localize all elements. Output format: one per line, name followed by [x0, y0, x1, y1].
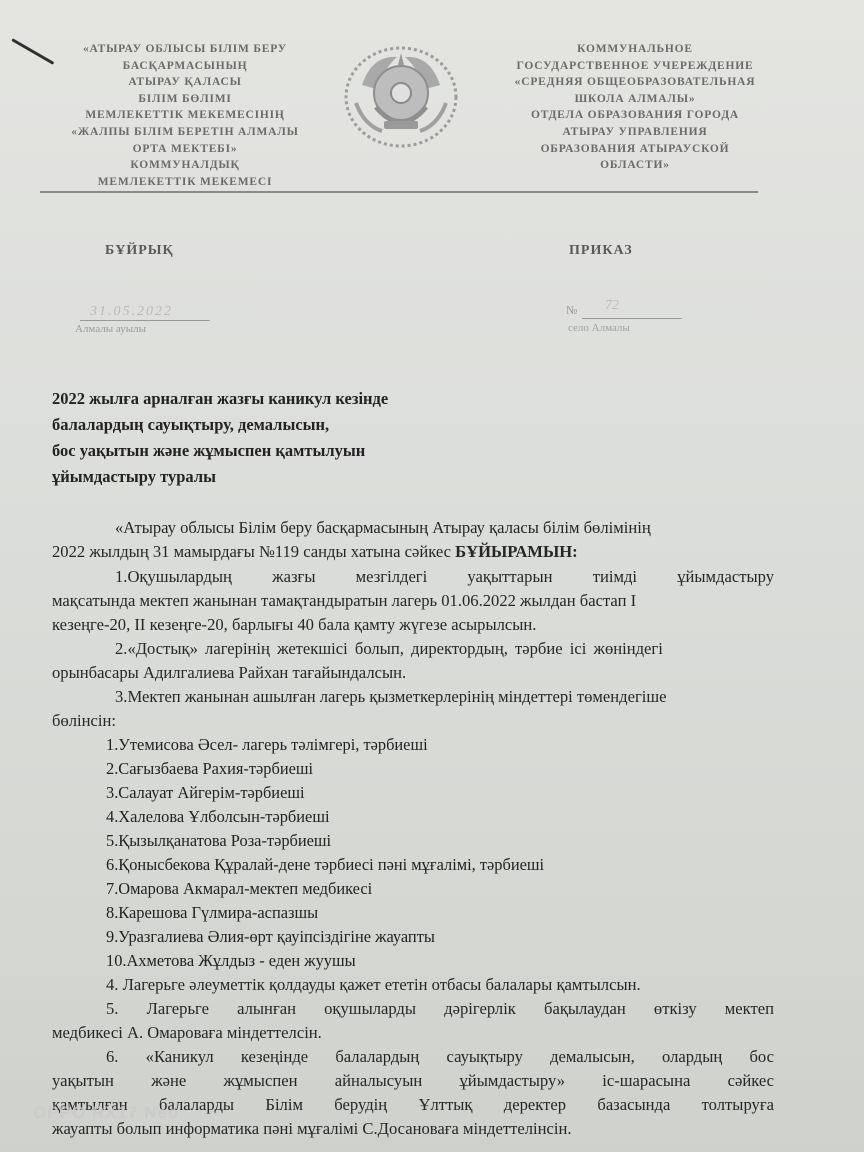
paragraph-4-line: 4. Лагерьге әлеуметтік қолдауды қажет ет… — [106, 975, 641, 995]
header-kazakh-institution: «АТЫРАУ ОБЛЫСЫ БІЛІМ БЕРУ БАСҚАРМАСЫНЫҢ … — [40, 41, 330, 190]
header-right-line: ОБРАЗОВАНИЯ АТЫРАУСКОЙ — [480, 141, 790, 158]
header-left-line: МЕМЛЕКЕТТІК МЕКЕМЕСІНІҢ — [40, 107, 330, 124]
order-date-handwritten: 31.05.2022 — [90, 304, 173, 320]
order-number-label: № — [566, 303, 577, 318]
header-left-line: «АТЫРАУ ОБЛЫСЫ БІЛІМ БЕРУ — [40, 41, 330, 58]
paragraph-2-line: 2.«Достық» лагерінің жетекшісі болып, ди… — [115, 639, 663, 659]
paragraph-2-line: орынбасары Адилгалиева Райхан тағайындал… — [52, 663, 406, 683]
paragraph-6-line: 6. «Каникул кезеңінде балалардың сауықты… — [106, 1047, 774, 1067]
paragraph-6-line: уақытын және жұмыспен айналысуын ұйымдас… — [52, 1071, 774, 1091]
staff-list-item: 8.Карешова Гүлмира-аспазшы — [106, 903, 318, 923]
paragraph-3-line: 3.Мектеп жанынан ашылған лагерь қызметке… — [115, 687, 667, 707]
paragraph-1-line: 1.Оқушылардың жазғы мезгілдегі уақыттары… — [115, 567, 774, 587]
state-emblem-icon — [342, 45, 460, 149]
staff-list-item: 5.Қызылқанатова Роза-тәрбиеші — [106, 831, 331, 851]
number-underline — [582, 318, 682, 319]
intro-line: «Атырау облысы Білім беру басқармасының … — [115, 518, 651, 538]
staff-list-item: 3.Салауат Айгерім-тәрбиеші — [106, 783, 305, 803]
order-directive: БҰЙЫРАМЫН: — [455, 542, 578, 561]
header-left-line: БАСҚАРМАСЫНЫҢ — [40, 58, 330, 75]
paragraph-5-line: 5. Лагерьге алынған оқушыларды дәрігерлі… — [106, 999, 774, 1019]
header-left-line: КОММУНАЛДЫҚ — [40, 157, 330, 174]
staff-list-item: 10.Ахметова Жұлдыз - еден жуушы — [106, 951, 356, 971]
order-title-kazakh: БҰЙРЫҚ — [105, 243, 174, 259]
paragraph-3-line: бөлінсін: — [52, 711, 116, 731]
paragraph-1-line: мақсатында мектеп жанынан тамақтандыраты… — [52, 591, 636, 611]
order-number-handwritten: 72 — [605, 298, 619, 314]
subject-line: балалардың сауықтыру, демалысын, — [52, 412, 388, 438]
order-title-russian: ПРИКАЗ — [569, 243, 633, 259]
staff-list-item: 1.Утемисова Әсел- лагерь тәлімгері, тәрб… — [106, 735, 428, 755]
header-right-line: ОБЛАСТИ» — [480, 157, 790, 174]
paragraph-1-line: кезеңге-20, ІІ кезеңге-20, барлығы 40 ба… — [52, 615, 536, 635]
staff-list-item: 4.Халелова Ұлболсын-тәрбиеші — [106, 807, 330, 827]
camera-watermark: OPPO RX17 Neo — [33, 1103, 179, 1123]
subject-line: бос уақытын және жұмыспен қамтылуын — [52, 438, 388, 464]
intro-text: 2022 жылдың 31 мамырдағы №119 санды хаты… — [52, 542, 455, 561]
header-left-line: БІЛІМ БӨЛІМІ — [40, 91, 330, 108]
document-page: «АТЫРАУ ОБЛЫСЫ БІЛІМ БЕРУ БАСҚАРМАСЫНЫҢ … — [0, 0, 864, 1152]
date-underline — [80, 320, 210, 321]
header-right-line: ГОСУДАРСТВЕННОЕ УЧЕРЕЖДЕНИЕ — [480, 58, 790, 75]
order-subject: 2022 жылға арналған жазғы каникул кезінд… — [52, 386, 388, 490]
header-russian-institution: КОММУНАЛЬНОЕ ГОСУДАРСТВЕННОЕ УЧЕРЕЖДЕНИЕ… — [480, 41, 790, 174]
paragraph-5-line: медбикесі А. Омароваға міндеттелсін. — [52, 1023, 322, 1043]
header-left-line: МЕМЛЕКЕТТІК МЕКЕМЕСІ — [40, 174, 330, 191]
header-right-line: КОММУНАЛЬНОЕ — [480, 41, 790, 58]
staff-list-item: 9.Уразгалиева Әлия-өрт қауіпсіздігіне жа… — [106, 927, 435, 947]
header-divider — [40, 191, 758, 193]
subject-line: ұйымдастыру туралы — [52, 464, 388, 490]
place-russian: село Алмалы — [568, 322, 630, 334]
header-left-line: АТЫРАУ ҚАЛАСЫ — [40, 74, 330, 91]
header-right-line: ШКОЛА АЛМАЛЫ» — [480, 91, 790, 108]
staff-list-item: 2.Сағызбаева Рахия-тәрбиеші — [106, 759, 313, 779]
header-left-line: «ЖАЛПЫ БІЛІМ БЕРЕТІН АЛМАЛЫ — [40, 124, 330, 141]
subject-line: 2022 жылға арналған жазғы каникул кезінд… — [52, 386, 388, 412]
header-right-line: «СРЕДНЯЯ ОБЩЕОБРАЗОВАТЕЛЬНАЯ — [480, 74, 790, 91]
header-right-line: ОТДЕЛА ОБРАЗОВАНИЯ ГОРОДА — [480, 107, 790, 124]
header-right-line: АТЫРАУ УПРАВЛЕНИЯ — [480, 124, 790, 141]
staff-list-item: 7.Омарова Акмарал-мектеп медбикесі — [106, 879, 372, 899]
staff-list-item: 6.Қонысбекова Құралай-дене тәрбиесі пәні… — [106, 855, 544, 875]
intro-line: 2022 жылдың 31 мамырдағы №119 санды хаты… — [52, 542, 578, 562]
header-left-line: ОРТА МЕКТЕБІ» — [40, 141, 330, 158]
place-kazakh: Алмалы ауылы — [75, 323, 146, 335]
